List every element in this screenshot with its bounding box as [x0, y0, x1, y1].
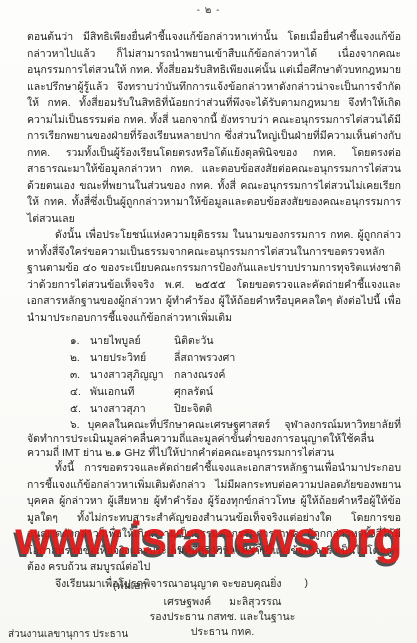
signature-last-name: มะลิสุวรรณ — [229, 596, 281, 608]
list-item-first-name: นางสาวสุภิญญา — [90, 367, 174, 384]
page-number: - ๒ - — [0, 3, 417, 18]
signature-rank-line: (พันเอก ) — [113, 577, 308, 594]
signature-first-name: เศรษฐพงค์ — [163, 596, 211, 608]
signature-rank-open: (พันเอก — [113, 577, 147, 594]
paragraph-continuation: ตอนต้นว่า มีสิทธิเพียงยื่นคำชี้แจงแก้ข้อ… — [27, 29, 401, 227]
list-item-last-name: ศุกลรัตน์ — [174, 384, 401, 401]
secretariat-note: ส่วนงานเลขานุการ ประธาน — [8, 627, 128, 642]
list-item-number: ๓. — [70, 367, 90, 384]
list-item: ๕. นางสาวสุภา ปิยะจิตติ — [70, 401, 401, 418]
list-item-number: ๖. — [70, 419, 88, 431]
paragraph-request: ดังนั้น เพื่อประโยชน์แห่งความยุติธรรม ใน… — [27, 227, 401, 326]
list-item-last-name: กลางณรงค์ — [174, 367, 401, 384]
list-item: ๔. พันเอกนที ศุกลรัตน์ — [70, 384, 401, 401]
isranews-watermark: www.isranews.org — [2, 511, 415, 565]
letter-body: ตอนต้นว่า มีสิทธิเพียงยื่นคำชี้แจงแก้ข้อ… — [27, 29, 401, 592]
list-item-last-name: ลี่สถาพรวงศา — [174, 350, 401, 367]
list-item-first-name: นางสาวสุภา — [90, 401, 174, 418]
signature-title-line2: ประธาน กทค. — [115, 623, 330, 640]
list-item-number: ๑. — [70, 333, 90, 350]
list-item-number: ๔. — [70, 384, 90, 401]
list-item-number: ๕. — [70, 401, 90, 418]
list-item: ๑. นายไพบูลย์ นิติตะวัน — [70, 333, 401, 350]
document-page: - ๒ - ตอนต้นว่า มีสิทธิเพียงยื่นคำชี้แจง… — [0, 0, 417, 643]
list-item: ๒. นายประวิทย์ ลี่สถาพรวงศา — [70, 350, 401, 367]
witness-name-list: ๑. นายไพบูลย์ นิติตะวัน ๒. นายประวิทย์ ล… — [70, 333, 401, 418]
list-item-6: ๖.บุคคลในคณะที่ปรึกษาคณะเศรษฐศาสตร์ จุฬา… — [27, 418, 401, 460]
list-item-first-name: พันเอกนที — [90, 384, 174, 401]
list-item-last-name: นิติตะวัน — [174, 333, 401, 350]
list-item-first-name: นายไพบูลย์ — [90, 333, 174, 350]
list-item-number: ๒. — [70, 350, 90, 367]
list-item: ๓. นางสาวสุภิญญา กลางณรงค์ — [70, 367, 401, 384]
list-item-last-name: ปิยะจิตติ — [174, 401, 401, 418]
signature-rank-close: ) — [305, 577, 309, 594]
list-item-first-name: นายประวิทย์ — [90, 350, 174, 367]
